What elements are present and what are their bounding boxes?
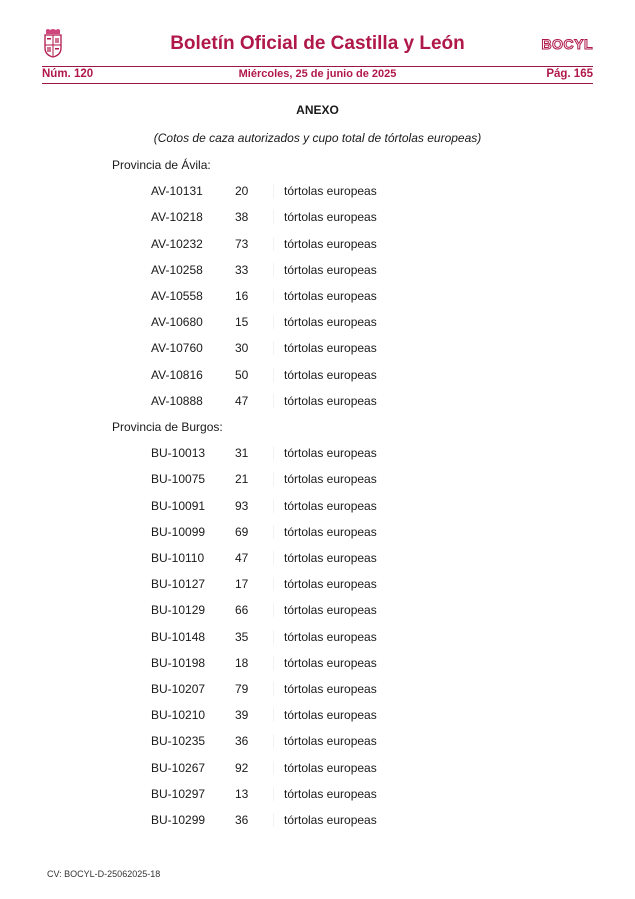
column-divider — [273, 263, 274, 277]
list-item: BU-1029936tórtolas europeas — [112, 812, 512, 838]
coto-code: AV-10816 — [151, 367, 203, 383]
column-divider — [273, 368, 274, 382]
column-divider — [273, 761, 274, 775]
quota-count: 17 — [235, 576, 248, 592]
list-item: BU-1023536tórtolas europeas — [112, 733, 512, 759]
species-label: tórtolas europeas — [284, 786, 377, 802]
quota-count: 39 — [235, 707, 248, 723]
species-label: tórtolas europeas — [284, 760, 377, 776]
coto-code: BU-10091 — [151, 498, 205, 514]
column-divider — [273, 525, 274, 539]
column-divider — [273, 708, 274, 722]
species-label: tórtolas europeas — [284, 445, 377, 461]
column-divider — [273, 577, 274, 591]
quota-count: 73 — [235, 236, 248, 252]
quota-count: 31 — [235, 445, 248, 461]
species-label: tórtolas europeas — [284, 629, 377, 645]
column-divider — [273, 184, 274, 198]
quota-count: 13 — [235, 786, 248, 802]
list-item: AV-1076030tórtolas europeas — [112, 340, 512, 366]
species-label: tórtolas europeas — [284, 236, 377, 252]
header-rule-bottom — [42, 83, 593, 84]
species-label: tórtolas europeas — [284, 367, 377, 383]
column-divider — [273, 446, 274, 460]
list-item: AV-1088847tórtolas europeas — [112, 393, 512, 419]
quota-count: 33 — [235, 262, 248, 278]
list-item: BU-1014835tórtolas europeas — [112, 629, 512, 655]
species-label: tórtolas europeas — [284, 314, 377, 330]
species-label: tórtolas europeas — [284, 733, 377, 749]
page-number: Pág. 165 — [546, 68, 593, 80]
coto-code: BU-10207 — [151, 681, 205, 697]
coto-code: BU-10267 — [151, 760, 205, 776]
list-item: AV-1055816tórtolas europeas — [112, 288, 512, 314]
coto-code: BU-10129 — [151, 602, 205, 618]
species-label: tórtolas europeas — [284, 576, 377, 592]
coto-code: AV-10218 — [151, 209, 203, 225]
coto-code: AV-10131 — [151, 183, 203, 199]
species-label: tórtolas europeas — [284, 655, 377, 671]
quota-count: 38 — [235, 209, 248, 225]
column-divider — [273, 499, 274, 513]
column-divider — [273, 237, 274, 251]
annex-subtitle: (Cotos de caza autorizados y cupo total … — [0, 131, 635, 145]
coto-code: BU-10075 — [151, 471, 205, 487]
column-divider — [273, 630, 274, 644]
species-label: tórtolas europeas — [284, 681, 377, 697]
coto-code: AV-10680 — [151, 314, 203, 330]
quota-count: 47 — [235, 393, 248, 409]
coto-code: BU-10297 — [151, 786, 205, 802]
coto-code: AV-10232 — [151, 236, 203, 252]
quota-count: 92 — [235, 760, 248, 776]
quota-count: 15 — [235, 314, 248, 330]
issue-date: Miércoles, 25 de junio de 2025 — [42, 68, 593, 80]
coto-code: BU-10198 — [151, 655, 205, 671]
column-divider — [273, 682, 274, 696]
quota-count: 35 — [235, 629, 248, 645]
list-item: BU-1021039tórtolas europeas — [112, 707, 512, 733]
page-header: Boletín Oficial de Castilla y León BOCYL — [42, 28, 593, 64]
list-item: BU-1019818tórtolas europeas — [112, 655, 512, 681]
list-item: AV-1068015tórtolas europeas — [112, 314, 512, 340]
column-divider — [273, 315, 274, 329]
species-label: tórtolas europeas — [284, 602, 377, 618]
species-label: tórtolas europeas — [284, 812, 377, 828]
annex-list: Provincia de Ávila:AV-1013120tórtolas eu… — [112, 157, 512, 838]
coto-code: BU-10299 — [151, 812, 205, 828]
column-divider — [273, 341, 274, 355]
species-label: tórtolas europeas — [284, 524, 377, 540]
quota-count: 21 — [235, 471, 248, 487]
list-item: AV-1025833tórtolas europeas — [112, 262, 512, 288]
list-item: BU-1009969tórtolas europeas — [112, 524, 512, 550]
quota-count: 47 — [235, 550, 248, 566]
coto-code: AV-10558 — [151, 288, 203, 304]
quota-count: 20 — [235, 183, 248, 199]
coto-code: AV-10760 — [151, 340, 203, 356]
quota-count: 93 — [235, 498, 248, 514]
bocyl-logo: BOCYL — [542, 36, 594, 52]
publication-title: Boletín Oficial de Castilla y León — [42, 33, 593, 55]
species-label: tórtolas europeas — [284, 288, 377, 304]
annex-heading: ANEXO — [0, 103, 635, 117]
species-label: tórtolas europeas — [284, 183, 377, 199]
coto-code: BU-10099 — [151, 524, 205, 540]
issue-meta: Núm. 120 Miércoles, 25 de junio de 2025 … — [42, 67, 593, 82]
coto-code: BU-10235 — [151, 733, 205, 749]
species-label: tórtolas europeas — [284, 393, 377, 409]
quota-count: 50 — [235, 367, 248, 383]
coto-code: BU-10110 — [151, 550, 204, 566]
list-item: BU-1029713tórtolas europeas — [112, 786, 512, 812]
province-heading: Provincia de Ávila: — [112, 157, 512, 183]
column-divider — [273, 787, 274, 801]
column-divider — [273, 394, 274, 408]
quota-count: 18 — [235, 655, 248, 671]
column-divider — [273, 603, 274, 617]
list-item: BU-1012966tórtolas europeas — [112, 602, 512, 628]
list-item: BU-1011047tórtolas europeas — [112, 550, 512, 576]
species-label: tórtolas europeas — [284, 471, 377, 487]
species-label: tórtolas europeas — [284, 209, 377, 225]
quota-count: 36 — [235, 812, 248, 828]
coto-code: BU-10127 — [151, 576, 205, 592]
list-item: AV-1081650tórtolas europeas — [112, 367, 512, 393]
coto-code: AV-10258 — [151, 262, 203, 278]
species-label: tórtolas europeas — [284, 340, 377, 356]
quota-count: 36 — [235, 733, 248, 749]
quota-count: 66 — [235, 602, 248, 618]
coto-code: BU-10013 — [151, 445, 205, 461]
list-item: BU-1026792tórtolas europeas — [112, 760, 512, 786]
column-divider — [273, 656, 274, 670]
quota-count: 16 — [235, 288, 248, 304]
species-label: tórtolas europeas — [284, 707, 377, 723]
list-item: BU-1007521tórtolas europeas — [112, 471, 512, 497]
list-item: AV-1013120tórtolas europeas — [112, 183, 512, 209]
list-item: BU-1012717tórtolas europeas — [112, 576, 512, 602]
list-item: AV-1021838tórtolas europeas — [112, 209, 512, 235]
list-item: BU-1001331tórtolas europeas — [112, 445, 512, 471]
province-heading: Provincia de Burgos: — [112, 419, 512, 445]
column-divider — [273, 734, 274, 748]
species-label: tórtolas europeas — [284, 550, 377, 566]
column-divider — [273, 210, 274, 224]
list-item: AV-1023273tórtolas europeas — [112, 236, 512, 262]
quota-count: 79 — [235, 681, 248, 697]
coto-code: BU-10148 — [151, 629, 205, 645]
column-divider — [273, 551, 274, 565]
list-item: BU-1009193tórtolas europeas — [112, 498, 512, 524]
quota-count: 30 — [235, 340, 248, 356]
column-divider — [273, 289, 274, 303]
column-divider — [273, 472, 274, 486]
quota-count: 69 — [235, 524, 248, 540]
list-item: BU-1020779tórtolas europeas — [112, 681, 512, 707]
cv-code: CV: BOCYL-D-25062025-18 — [47, 869, 160, 879]
column-divider — [273, 813, 274, 827]
coto-code: AV-10888 — [151, 393, 203, 409]
species-label: tórtolas europeas — [284, 498, 377, 514]
coto-code: BU-10210 — [151, 707, 205, 723]
species-label: tórtolas europeas — [284, 262, 377, 278]
